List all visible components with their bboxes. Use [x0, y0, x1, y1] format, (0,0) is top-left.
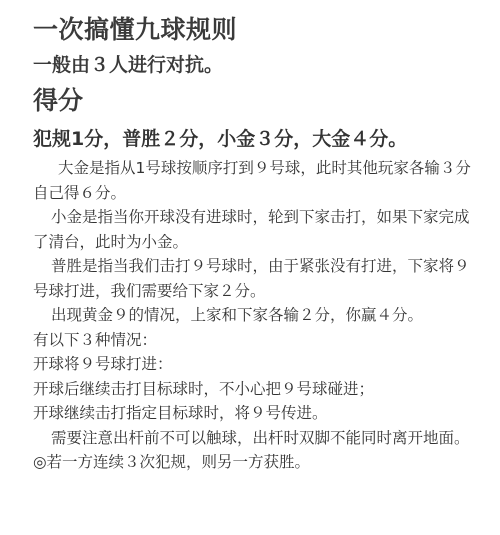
page-title: 一次搞懂九球规则 — [33, 12, 473, 48]
document-body: 一次搞懂九球规则 一般由３人进行对抗。 得分 犯规1分，普胜２分，小金３分，大金… — [33, 12, 473, 475]
footer-rule: ◎若一方连续３次犯规，则另一方获胜。 — [33, 450, 473, 475]
section-heading-scoring: 得分 — [33, 82, 473, 120]
situation-item: 开球继续击打指定目标球时，将９号传进。 — [33, 401, 473, 426]
situation-item: 开球后继续击打目标球时，不小心把９号球碰进； — [33, 377, 473, 402]
situations-intro: 有以下３种情况： — [33, 328, 473, 353]
paragraph-dajin: 大金是指从1号球按顺序打到９号球，此时其他玩家各输３分自己得６分。 — [33, 156, 473, 205]
situation-item: 开球将９号球打进： — [33, 352, 473, 377]
paragraph-note: 需要注意出杆前不可以触球，出杆时双脚不能同时离开地面。 — [33, 426, 473, 451]
paragraph-pusheng: 普胜是指当我们击打９号球时，由于紧张没有打进，下家将９号球打进，我们需要给下家２… — [33, 254, 473, 303]
subtitle: 一般由３人进行对抗。 — [33, 50, 473, 80]
paragraph-golden-nine: 出现黄金９的情况，上家和下家各输２分，你赢４分。 — [33, 303, 473, 328]
paragraph-xiaojin: 小金是指当你开球没有进球时，轮到下家击打，如果下家完成了清台，此时为小金。 — [33, 205, 473, 254]
score-summary: 犯规1分，普胜２分，小金３分，大金４分。 — [33, 124, 473, 154]
